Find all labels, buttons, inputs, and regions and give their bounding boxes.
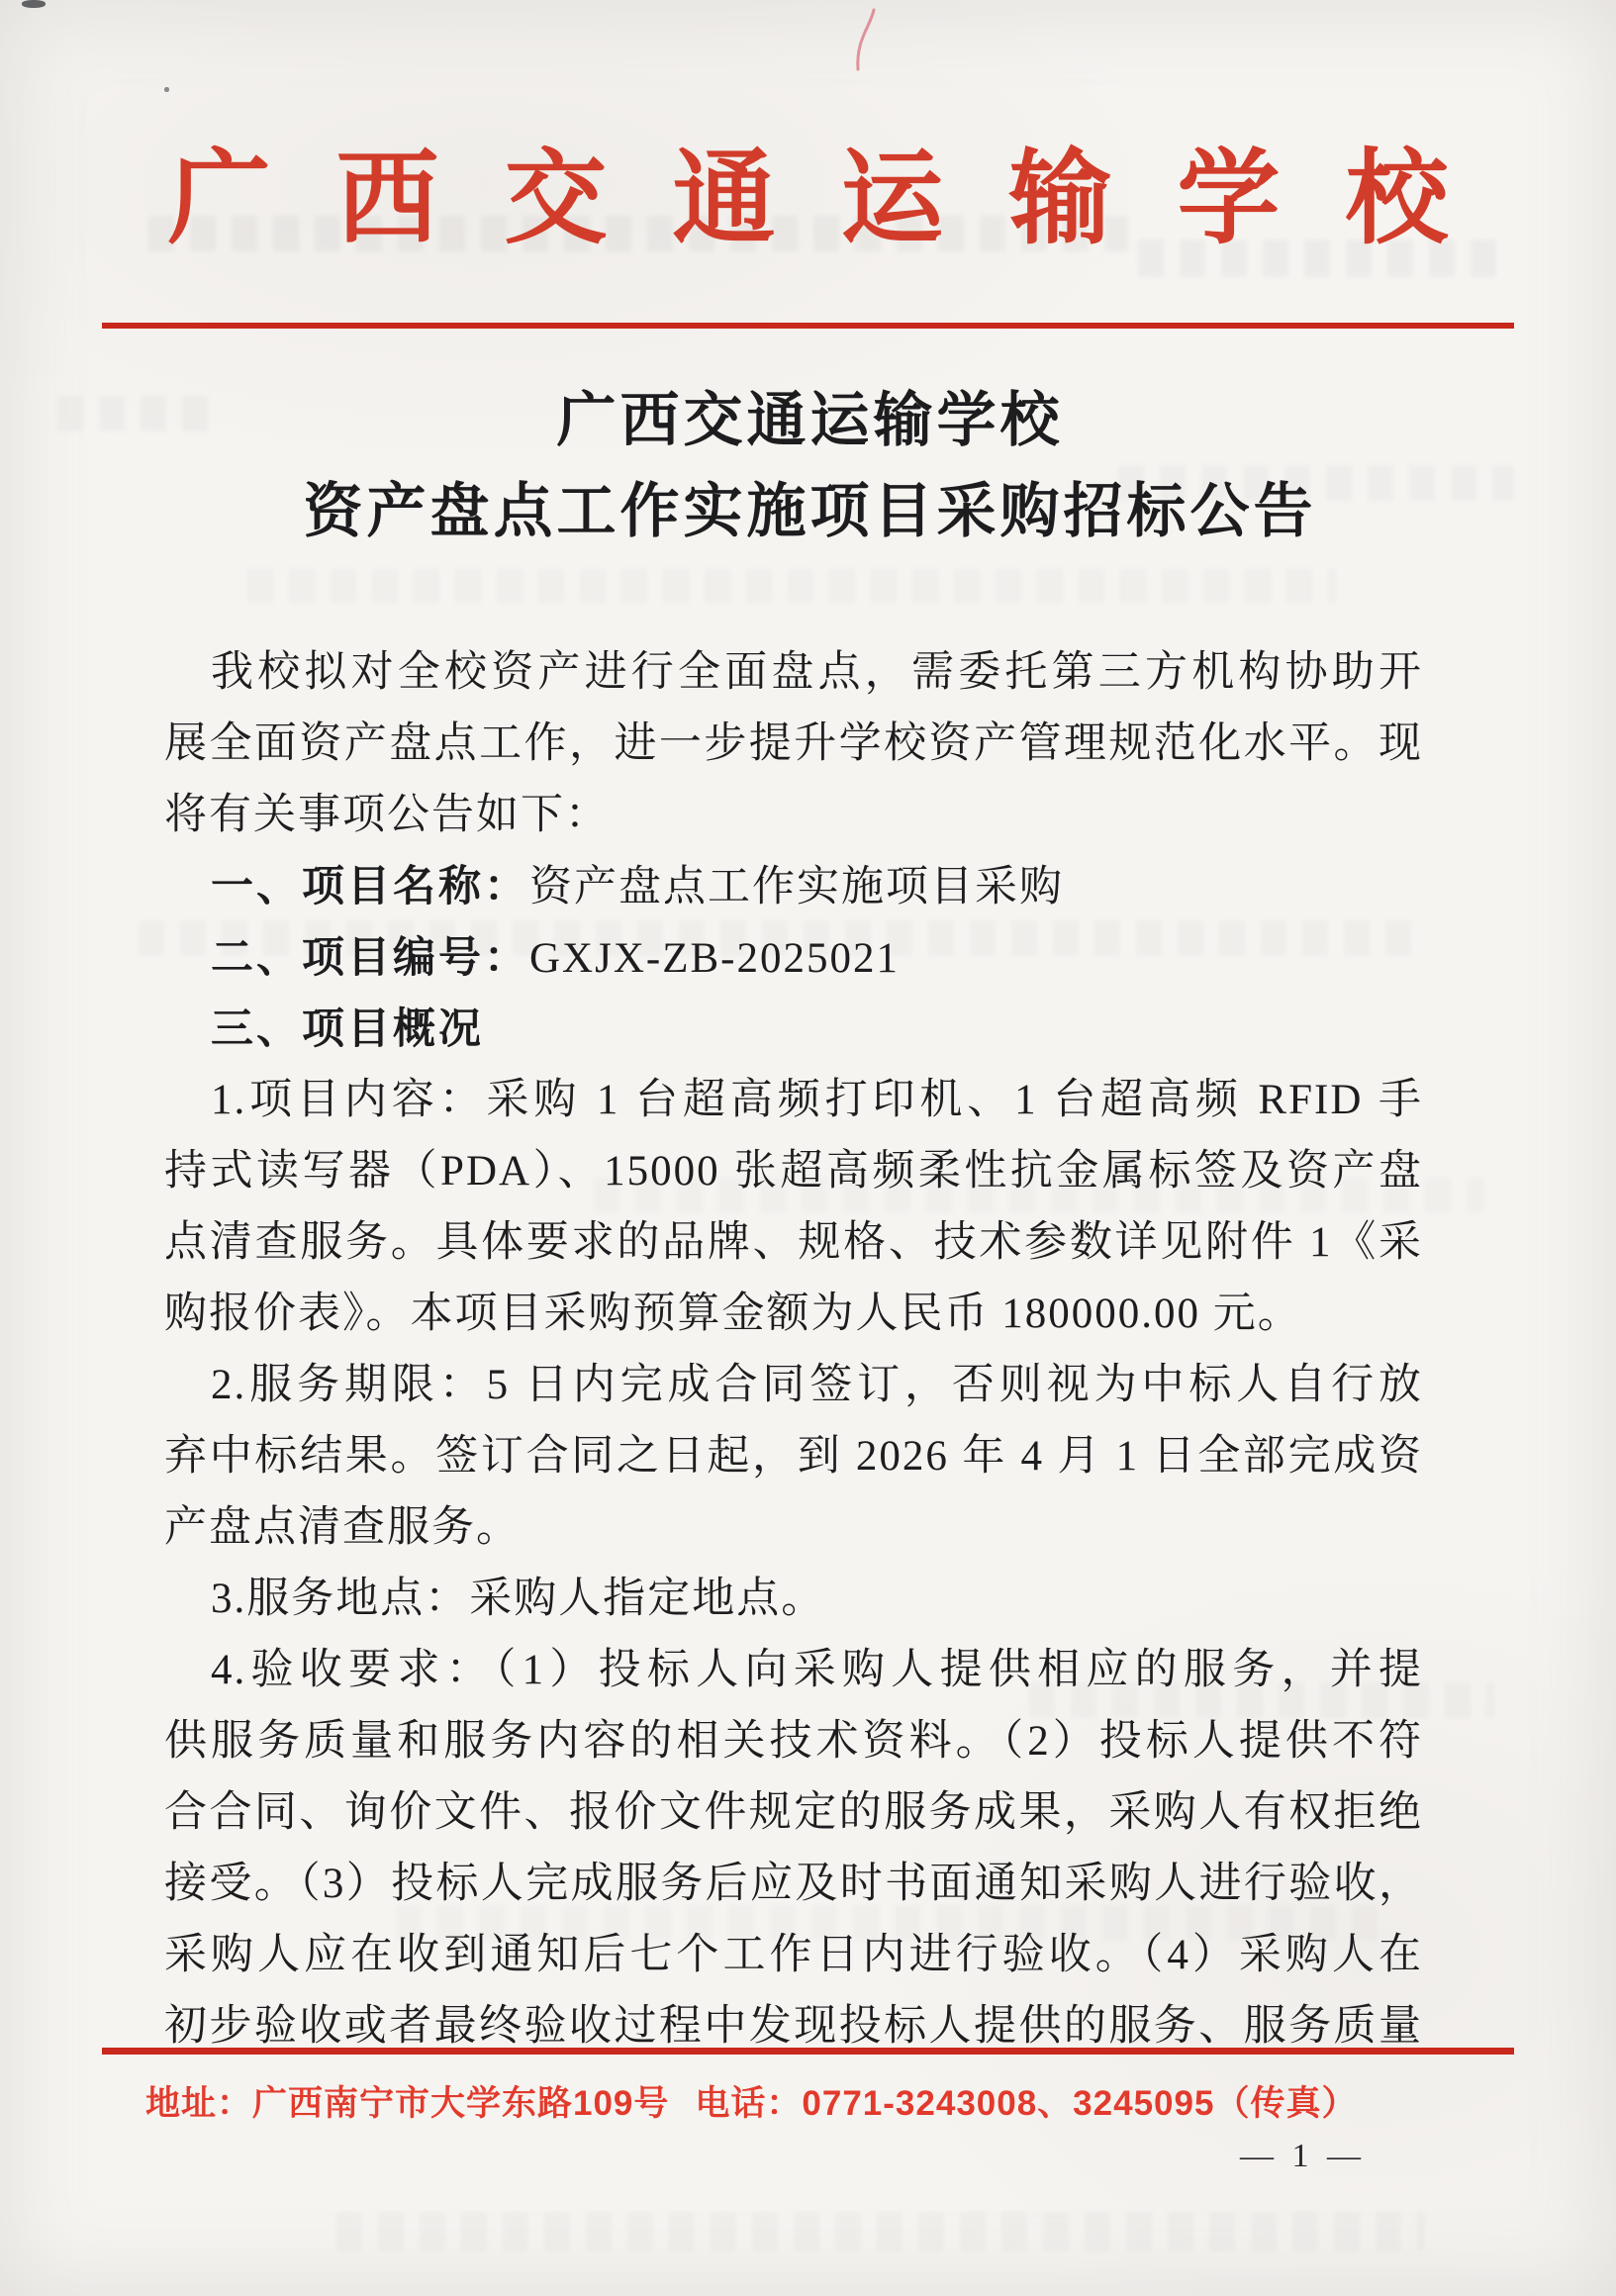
body-line: 展全面资产盘点工作，进一步提升学校资产管理规范化水平。现 (164, 709, 1423, 780)
body-line: 二、项目编号：GXJX-ZB-2025021 (164, 922, 1423, 994)
scanned-document-page: 广西交通运输学校 广西交通运输学校 资产盘点工作实施项目采购招标公告 我校拟对全… (0, 0, 1616, 2296)
section-heading: 三、项目概况 (211, 1005, 484, 1053)
footer-rule (102, 2048, 1514, 2055)
section-heading: 二、项目编号： (211, 934, 529, 982)
body-line: 弃中标结果。签订合同之日起，到 2026 年 4 月 1 日全部完成资 (164, 1421, 1423, 1492)
body-line: 点清查服务。具体要求的品牌、规格、技术参数详见附件 1《采 (164, 1207, 1423, 1279)
document-title-line2: 资产盘点工作实施项目采购招标公告 (0, 477, 1616, 546)
letterhead-school-name: 广西交通运输学校 (0, 148, 1616, 251)
body-line: 持式读写器（PDA）、15000 张超高频柔性抗金属标签及资产盘 (164, 1136, 1423, 1207)
body-line: 供服务质量和服务内容的相关技术资料。（2）投标人提供不符 (164, 1706, 1423, 1777)
ink-speck (164, 87, 169, 92)
section-heading: 一、项目名称： (211, 863, 529, 910)
body-line: 2.服务期限：5 日内完成合同签订，否则视为中标人自行放 (164, 1350, 1423, 1421)
body-line: 产盘点清查服务。 (164, 1492, 1423, 1564)
footer-address: 地址：广西南宁市大学东路109号 (145, 2084, 669, 2123)
page-number: — 1 — (1240, 2138, 1366, 2175)
body-line: 接受。（3）投标人完成服务后应及时书面通知采购人进行验收， (164, 1849, 1423, 1920)
body-line: 我校拟对全校资产进行全面盘点，需委托第三方机构协助开 (164, 637, 1423, 709)
document-title-line1: 广西交通运输学校 (0, 386, 1616, 455)
body-line: 4.验收要求：（1）投标人向采购人提供相应的服务，并提 (164, 1635, 1423, 1706)
body-line: 购报价表》。本项目采购预算金额为人民币 180000.00 元。 (164, 1279, 1423, 1350)
body-line: 3.服务地点：采购人指定地点。 (164, 1564, 1423, 1635)
body-line: 一、项目名称：资产盘点工作实施项目采购 (164, 851, 1423, 922)
ink-speck (22, 0, 46, 8)
body-text: 我校拟对全校资产进行全面盘点，需委托第三方机构协助开展全面资产盘点工作，进一步提… (164, 637, 1423, 2062)
body-line: 1.项目内容：采购 1 台超高频打印机、1 台超高频 RFID 手 (164, 1065, 1423, 1136)
body-line: 采购人应在收到通知后七个工作日内进行验收。（4）采购人在 (164, 1920, 1423, 1991)
footer-phone: 电话：0771-3243008、3245095（传真） (695, 2084, 1357, 2123)
bleedthrough-smudge (247, 569, 1336, 603)
footer-contact: 地址：广西南宁市大学东路109号电话：0771-3243008、3245095（… (145, 2082, 1357, 2126)
body-line: 三、项目概况 (164, 994, 1423, 1065)
body-line: 将有关事项公告如下： (164, 780, 1423, 851)
pen-mark-artifact (843, 6, 895, 77)
letterhead-rule (102, 323, 1514, 329)
body-line: 合合同、询价文件、报价文件规定的服务成果，采购人有权拒绝 (164, 1777, 1423, 1849)
bleedthrough-smudge (336, 2212, 1425, 2251)
